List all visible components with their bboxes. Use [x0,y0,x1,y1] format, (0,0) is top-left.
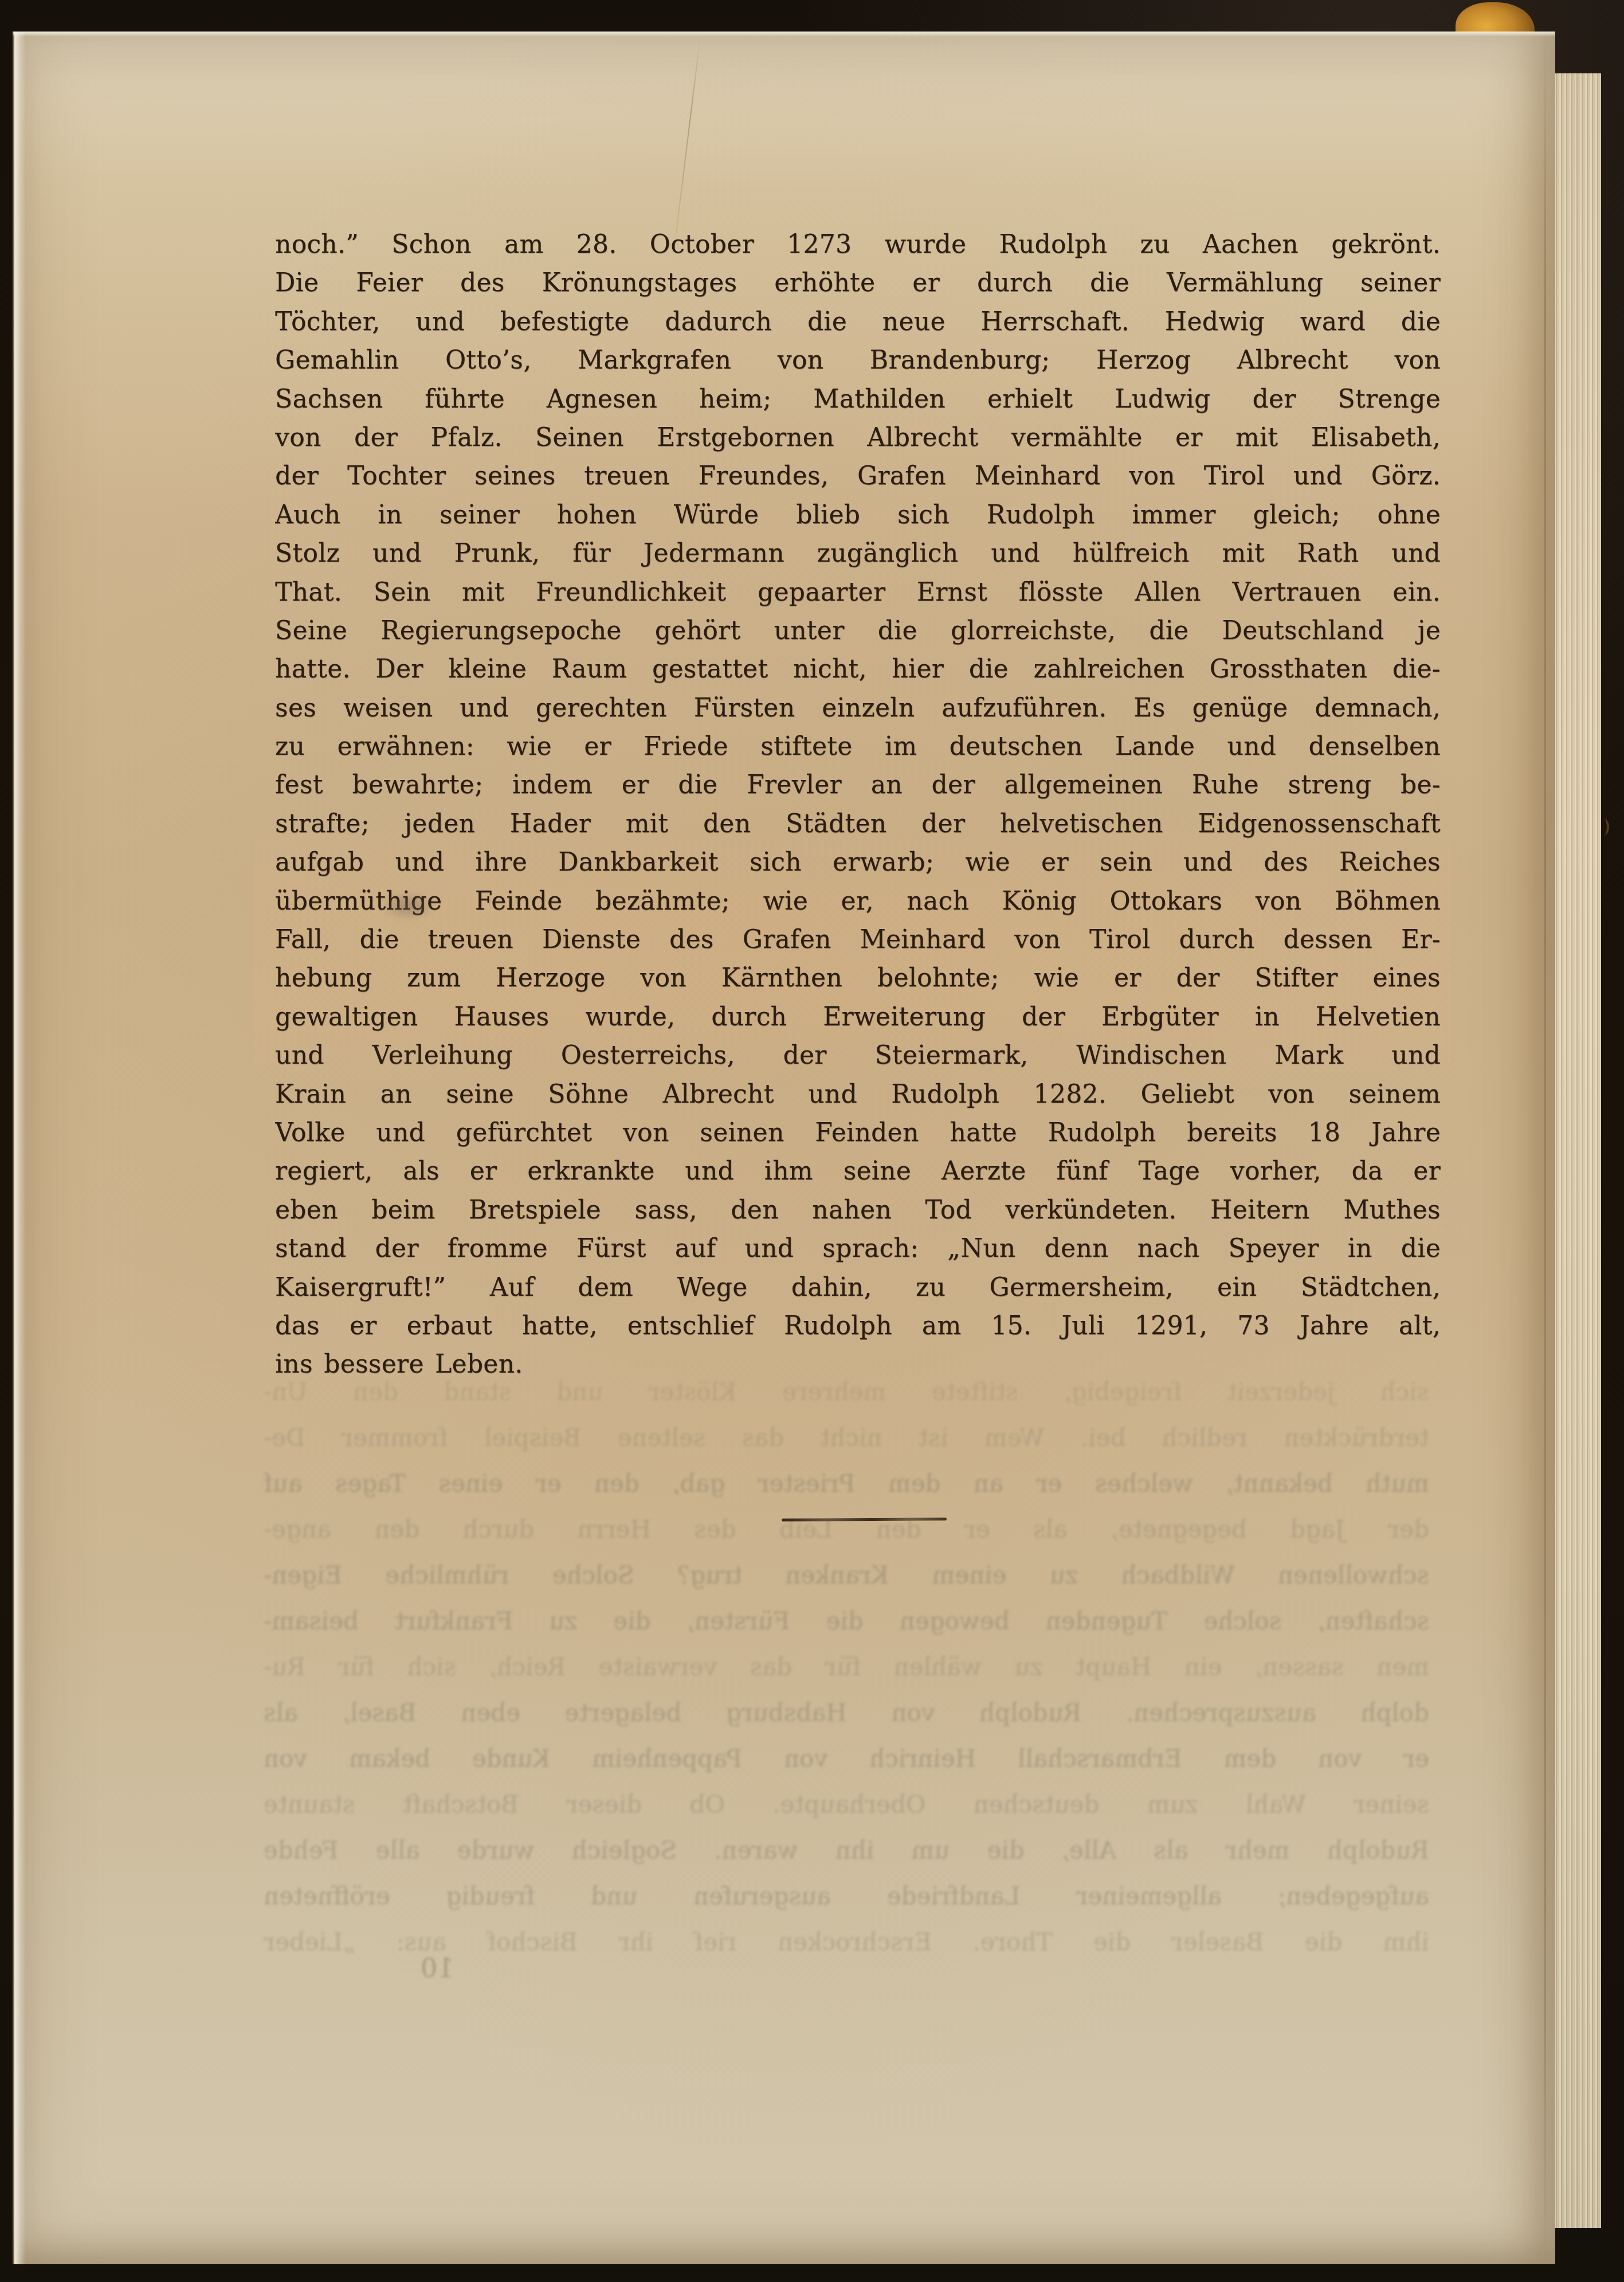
text-line: regiert, als er erkrankte und ihm seine … [275,1152,1441,1190]
bleedthrough-line: Rudolph mehr als Alle, die um ihn waren.… [264,1834,1429,1869]
text-line: hatte. Der kleine Raum gestattet nicht, … [275,650,1441,688]
text-line: übermüthige Feinde bezähmte; wie er, nac… [275,882,1441,920]
bleedthrough-line: seiner Wahl zum deutschen Oberhaupte. Ob… [264,1788,1429,1824]
text-line: Sachsen führte Agnesen heim; Mathilden e… [275,380,1441,418]
text-line: ses weisen und gerechten Fürsten einzeln… [275,689,1441,727]
bleedthrough-line: schaften, solche Tugenden bewogen die Fü… [264,1605,1429,1640]
text-line: eben beim Bretspiele sass, den nahen Tod… [275,1191,1441,1229]
text-line: Volke und gefürchtet von seinen Feinden … [275,1113,1441,1152]
text-line: Krain an seine Söhne Albrecht und Rudolp… [275,1075,1441,1113]
text-line: Auch in seiner hohen Würde blieb sich Ru… [275,496,1441,534]
text-line: fest bewahrte; indem er die Frevler an d… [275,766,1441,804]
text-line: noch.” Schon am 28. October 1273 wurde R… [275,225,1441,264]
text-line: zu erwähnen: wie er Friede stiftete im d… [275,727,1441,766]
text-line: Töchter, und befestigte dadurch die neue… [275,303,1441,341]
page-edge-mark [1600,818,1609,836]
text-line: stand der fromme Fürst auf und sprach: „… [275,1229,1441,1268]
text-line: hebung zum Herzoge von Kärnthen belohnte… [275,959,1441,997]
bleedthrough-line: dolph auszusprechen. Rudolph von Habsbur… [264,1696,1429,1732]
ink-smudge [380,891,435,921]
text-line: strafte; jeden Hader mit den Städten der… [275,805,1441,843]
text-line: Seine Regierungsepoche gehört unter die … [275,611,1441,650]
bleedthrough-page-number: 10 [421,1952,454,1983]
text-line: Die Feier des Krönungstages erhöhte er d… [275,264,1441,302]
bleedthrough-line: aufgegeben; allgemeiner Landfriede ausge… [264,1880,1429,1915]
bleedthrough-line: er von dem Erbmarschall Heinrich von Pap… [264,1742,1429,1778]
bleedthrough-line: men sassen, ein Haupt zu wählen für das … [264,1650,1429,1686]
book-page: sich jederzeit freigebig, stiftete mehre… [13,32,1555,2264]
text-line: Stolz und Prunk, für Jedermann zugänglic… [275,534,1441,573]
text-line: das er erbaut hatte, entschlief Rudolph … [275,1307,1441,1345]
body-text: noch.” Schon am 28. October 1273 wurde R… [275,225,1441,1384]
text-line: Fall, die treuen Dienste des Grafen Mein… [275,920,1441,959]
text-line: und Verleihung Oesterreichs, der Steierm… [275,1036,1441,1075]
scan-background: { "document": { "language": "German", "l… [0,0,1624,2282]
text-line: ins bessere Leben. [275,1345,1441,1383]
bleedthrough-line: schwollenen Wildbach zu einem Kranken tr… [264,1559,1429,1594]
text-line: aufgab und ihre Dankbarkeit sich erwarb;… [275,843,1441,881]
text-line: der Tochter seines treuen Freundes, Graf… [275,457,1441,495]
text-line: Kaisergruft!” Auf dem Wege dahin, zu Ger… [275,1268,1441,1307]
text-line: That. Sein mit Freundlichkeit gepaarter … [275,573,1441,611]
page-edges [1554,73,1601,2228]
text-line: Gemahlin Otto’s, Markgrafen von Brandenb… [275,341,1441,379]
text-line: gewaltigen Hauses wurde, durch Erweiteru… [275,998,1441,1036]
bleedthrough-line: terdrückten redlich bei. Wem ist nicht d… [264,1421,1429,1457]
text-line: von der Pfalz. Seinen Erstgebornen Albre… [275,418,1441,457]
bleedthrough-line: muth bekannt, welches er an dem Priester… [264,1467,1429,1503]
